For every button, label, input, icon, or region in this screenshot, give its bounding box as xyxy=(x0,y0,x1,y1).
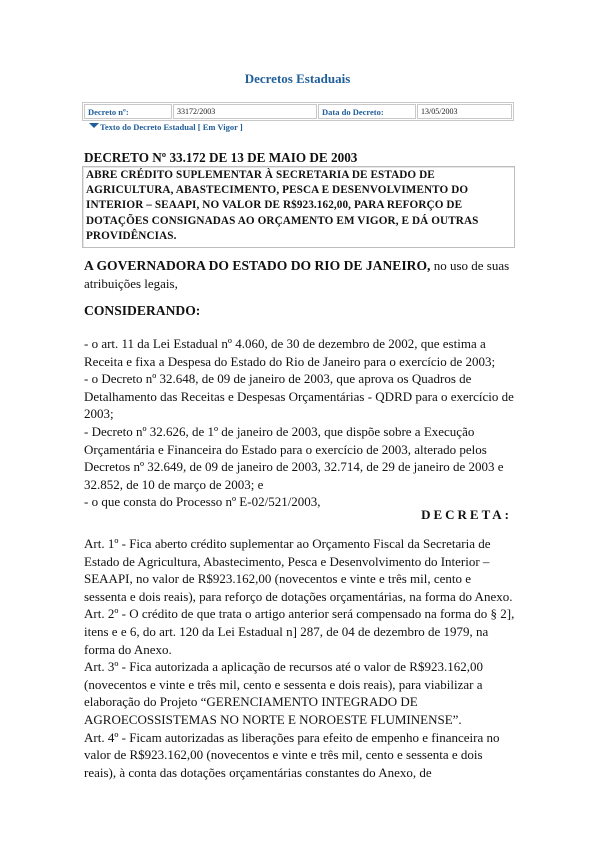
decreta-heading: DECRETA: xyxy=(84,506,512,524)
article-3: Art. 3º - Fica autorizada a aplicação de… xyxy=(84,658,516,728)
considerandos-list: - o art. 11 da Lei Estadual nº 4.060, de… xyxy=(84,335,516,511)
decree-date-label: Data do Decreto: xyxy=(318,104,416,119)
decree-date-value: 13/05/2003 xyxy=(417,104,512,119)
decree-ementa: ABRE CRÉDITO SUPLEMENTAR À SECRETARIA DE… xyxy=(82,166,515,248)
articles-list: Art. 1º - Fica aberto crédito suplementa… xyxy=(84,535,516,781)
article-4: Art. 4º - Ficam autorizadas as liberaçõe… xyxy=(84,729,516,782)
governor-paragraph: A GOVERNADORA DO ESTADO DO RIO DE JANEIR… xyxy=(84,257,516,292)
decree-number-value: 33172/2003 xyxy=(173,104,317,119)
decree-number-label: Decreto nº: xyxy=(84,104,172,119)
article-2: Art. 2º - O crédito de que trata o artig… xyxy=(84,605,516,658)
considerando-item: - o art. 11 da Lei Estadual nº 4.060, de… xyxy=(84,335,516,370)
article-1: Art. 1º - Fica aberto crédito suplementa… xyxy=(84,535,516,605)
decree-text-link-label[interactable]: Texto do Decreto Estadual [ Em Vigor ] xyxy=(100,122,243,132)
decree-heading: DECRETO Nº 33.172 DE 13 DE MAIO DE 2003 xyxy=(84,150,357,166)
governor-title: A GOVERNADORA DO ESTADO DO RIO DE JANEIR… xyxy=(84,258,430,273)
triangle-down-icon xyxy=(89,123,99,128)
considerando-item: - Decreto nº 32.626, de 1º de janeiro de… xyxy=(84,423,516,493)
considerando-heading: CONSIDERANDO: xyxy=(84,302,516,320)
page-title: Decretos Estaduais xyxy=(0,71,595,87)
considerando-item: - o Decreto nº 32.648, de 09 de janeiro … xyxy=(84,370,516,423)
decree-meta-table: Decreto nº: 33172/2003 Data do Decreto: … xyxy=(82,102,514,121)
decree-text-link[interactable]: Texto do Decreto Estadual [ Em Vigor ] xyxy=(89,122,243,132)
